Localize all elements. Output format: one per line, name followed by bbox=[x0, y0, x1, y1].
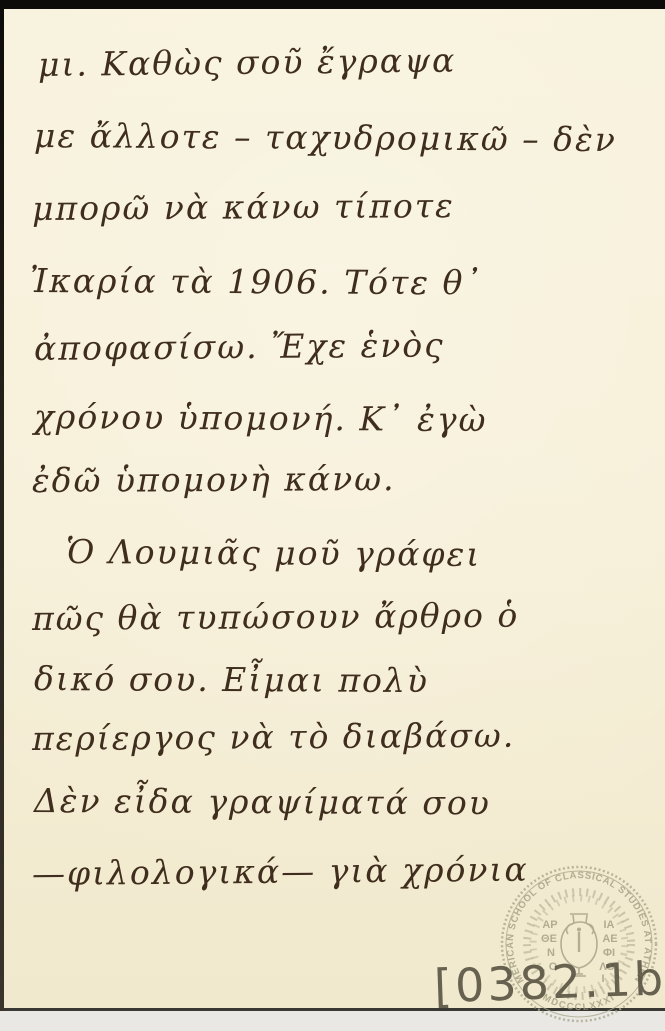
handwritten-line: μι. Καθὼς σοῦ ἔγραψα bbox=[38, 41, 457, 84]
handwritten-line: ἐδῶ ὑπομονὴ κάνω. bbox=[32, 459, 396, 500]
handwritten-line: Δὲν εἶδα γραψίματά σου bbox=[34, 781, 491, 822]
handwritten-line: δικό σου. Εἶμαι πολὺ bbox=[34, 659, 429, 700]
seal-letter: ΑΕ bbox=[602, 933, 617, 945]
handwritten-line: πῶς θὰ τυπώσουν ἄρθρο ὁ bbox=[32, 596, 520, 638]
handwritten-line: χρόνου ὑπομονή. Κ᾽ ἐγὼ bbox=[34, 397, 488, 439]
handwritten-line: με ἄλλοτε – ταχυδρομικῶ – δὲν bbox=[34, 116, 617, 159]
seal-letter: ΙΑ bbox=[604, 919, 615, 931]
scan-top-edge bbox=[0, 0, 665, 9]
handwritten-line: —φιλολογικά— γιὰ χρόνια bbox=[32, 850, 529, 893]
handwritten-line: ἀποφασίσω. Ἔχε ἑνὸς bbox=[34, 325, 445, 368]
catalog-number: [0382.1b] bbox=[433, 951, 665, 1014]
letter-page: AMERICAN SCHOOL OF CLASSICAL STUDIES AT … bbox=[4, 9, 665, 1011]
handwritten-line: περίεργος νὰ τὸ διαβάσω. bbox=[32, 716, 516, 758]
handwritten-line: μπορῶ νὰ κάνω τίποτε bbox=[32, 186, 455, 228]
seal-letter: ΘΕ bbox=[541, 933, 557, 945]
seal-letter: ΑΡ bbox=[542, 919, 557, 931]
scan-left-edge bbox=[0, 0, 4, 1011]
handwritten-line: Ὁ Λουμιᾶς μοῦ γράφει bbox=[66, 532, 482, 574]
handwritten-line: Ἰκαρία τὰ 1906. Τότε θ᾽ bbox=[30, 261, 483, 302]
